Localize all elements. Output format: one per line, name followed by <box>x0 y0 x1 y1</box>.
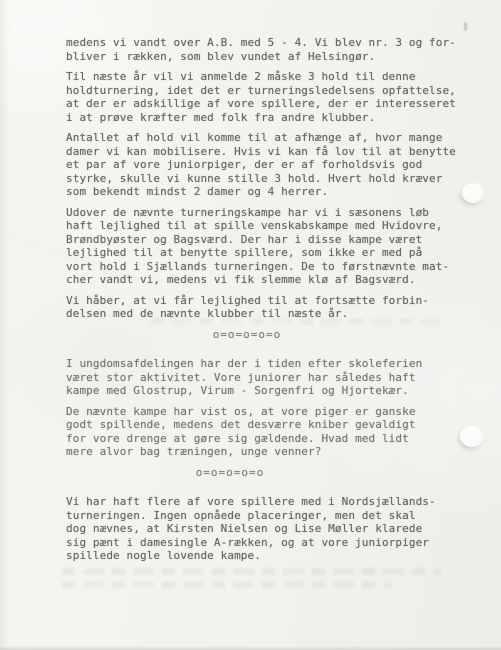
section-separator-2: o=o=o=o=o <box>36 466 424 480</box>
section-separator-1: o=o=o=o=o <box>53 328 441 342</box>
paragraph-friendly-matches: Udover de nævnte turneringskampe har vi … <box>66 206 454 287</box>
paragraph-youth-performance: De nævnte kampe har vist os, at vore pig… <box>66 405 454 459</box>
scanned-page: medens vi vandt over A.B. med 5 - 4. Vi … <box>0 0 501 650</box>
faint-pencil-mark <box>464 22 467 31</box>
hole-punch-bump-top <box>462 183 484 203</box>
paragraph-youth-department: I ungdomsafdelingen har der i tiden efte… <box>66 357 454 398</box>
paragraph-next-year-teams: Til næste år vil vi anmelde 2 måske 3 ho… <box>66 70 454 124</box>
hole-punch-bump-bottom <box>460 426 484 447</box>
paragraph-team-result: medens vi vandt over A.B. med 5 - 4. Vi … <box>66 36 454 63</box>
paragraph-hope-continue: Vi håber, at vi får lejlighed til at for… <box>66 294 454 321</box>
paragraph-nordsjaelland-tournament: Vi har haft flere af vore spillere med i… <box>66 495 454 563</box>
bleed-through-text-line <box>62 581 392 588</box>
bleed-through-text-line <box>150 318 440 325</box>
paragraph-team-count: Antallet af hold vil komme til at afhæng… <box>66 131 454 199</box>
typed-text-block: medens vi vandt over A.B. med 5 - 4. Vi … <box>66 36 454 570</box>
scan-edge-shadow-bottom <box>0 646 501 650</box>
bleed-through-text-line <box>62 568 442 575</box>
